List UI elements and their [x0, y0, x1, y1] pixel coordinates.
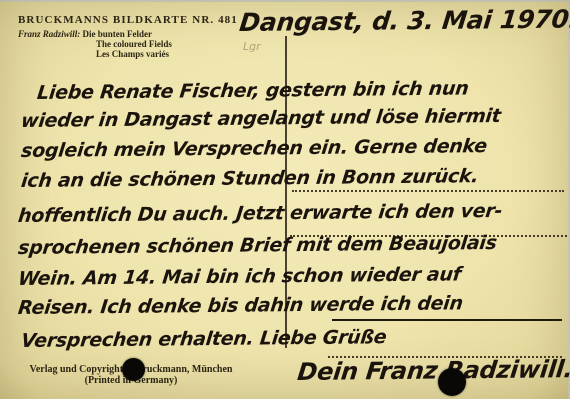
message-line: Versprechen erhalten. Liebe Grüße — [20, 326, 388, 352]
handwritten-date: Dangast, d. 3. Mai 1970. — [238, 4, 570, 37]
message-line: Reisen. Ich denke bis dahin werde ich de… — [17, 292, 464, 319]
message-line: wieder in Dangast angelangt und löse hie… — [20, 105, 502, 132]
punch-hole-right — [438, 368, 466, 396]
address-line-dotted-1 — [292, 190, 564, 192]
address-line-solid — [332, 319, 562, 321]
series-title: BRUCKMANNS BILDKARTE NR. 481 — [18, 14, 238, 26]
message-line: sogleich mein Versprechen ein. Gerne den… — [20, 135, 488, 162]
postcard-back-scan: BRUCKMANNS BILDKARTE NR. 481 Franz Radzi… — [0, 0, 570, 399]
message-line: Wein. Am 14. Mai bin ich schon wieder au… — [17, 263, 462, 290]
message-line: sprochenen schönen Brief mit dem Beaujol… — [17, 232, 498, 259]
signature: Dein Franz Radziwill. — [296, 355, 570, 386]
title-french: Les Champs variés — [96, 49, 169, 59]
artist-name: Franz Radziwill: — [18, 29, 80, 39]
pencil-note: Lgr — [243, 40, 261, 53]
message-line: hoffentlich Du auch. Jetzt erwarte ich d… — [17, 200, 503, 227]
artist-and-title: Franz Radziwill: Die bunten Felder — [18, 29, 152, 39]
title-german: Die bunten Felder — [83, 29, 153, 39]
message-line: Liebe Renate Fischer, gestern bin ich nu… — [36, 77, 470, 104]
message-line: ich an die schönen Stunden in Bonn zurüc… — [20, 165, 480, 192]
punch-hole-left — [122, 358, 145, 381]
title-english: The coloured Fields — [96, 39, 172, 49]
